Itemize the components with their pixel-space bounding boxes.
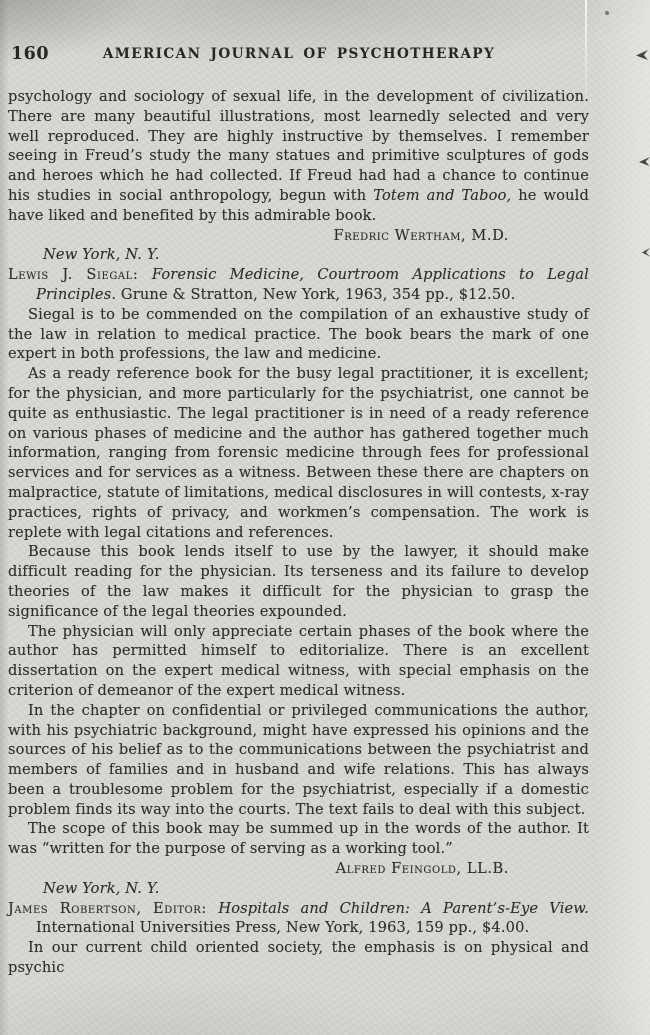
- scan-artifact-speck: [636, 50, 648, 60]
- page-number: 160: [11, 44, 49, 64]
- siegal-review-paragraph: In the chapter on confidential or privil…: [8, 701, 589, 820]
- siegal-review-paragraph: The physician will only appreciate certa…: [8, 622, 589, 701]
- journal-title: AMERICAN JOURNAL OF PSYCHOTHERAPY: [8, 46, 590, 62]
- scanned-journal-page: 160 AMERICAN JOURNAL OF PSYCHOTHERAPY ps…: [0, 0, 650, 1035]
- robertson-review-heading: James Robertson, Editor: Hospitals and C…: [8, 899, 589, 939]
- reviewer-location: New York, N. Y.: [8, 245, 589, 265]
- reviewer-location: New York, N. Y.: [8, 879, 589, 899]
- siegal-review-paragraph: As a ready reference book for the busy l…: [8, 364, 589, 542]
- page-body: psychology and sociology of sexual life,…: [8, 87, 589, 978]
- scan-artifact-speck: [605, 11, 609, 15]
- running-head: 160 AMERICAN JOURNAL OF PSYCHOTHERAPY: [8, 46, 590, 68]
- siegal-review-paragraph: Siegal is to be commended on the compila…: [8, 305, 589, 364]
- siegal-review-paragraph: Because this book lends itself to use by…: [8, 542, 589, 621]
- reviewer-signature-wertham: Fredric Wertham, M.D.: [8, 226, 589, 246]
- siegal-review-paragraph: The scope of this book may be summed up …: [8, 819, 589, 859]
- siegal-review-heading: Lewis J. Siegal: Forensic Medicine, Cour…: [8, 265, 589, 305]
- scan-artifact-speck: [641, 248, 650, 257]
- reviewer-signature-feingold: Alfred Feingold, LL.B.: [8, 859, 589, 879]
- scan-artifact-speck: [639, 156, 650, 166]
- robertson-review-opening-paragraph: In our current child oriented society, t…: [8, 938, 589, 978]
- wertham-review-closing-paragraph: psychology and sociology of sexual life,…: [8, 87, 589, 226]
